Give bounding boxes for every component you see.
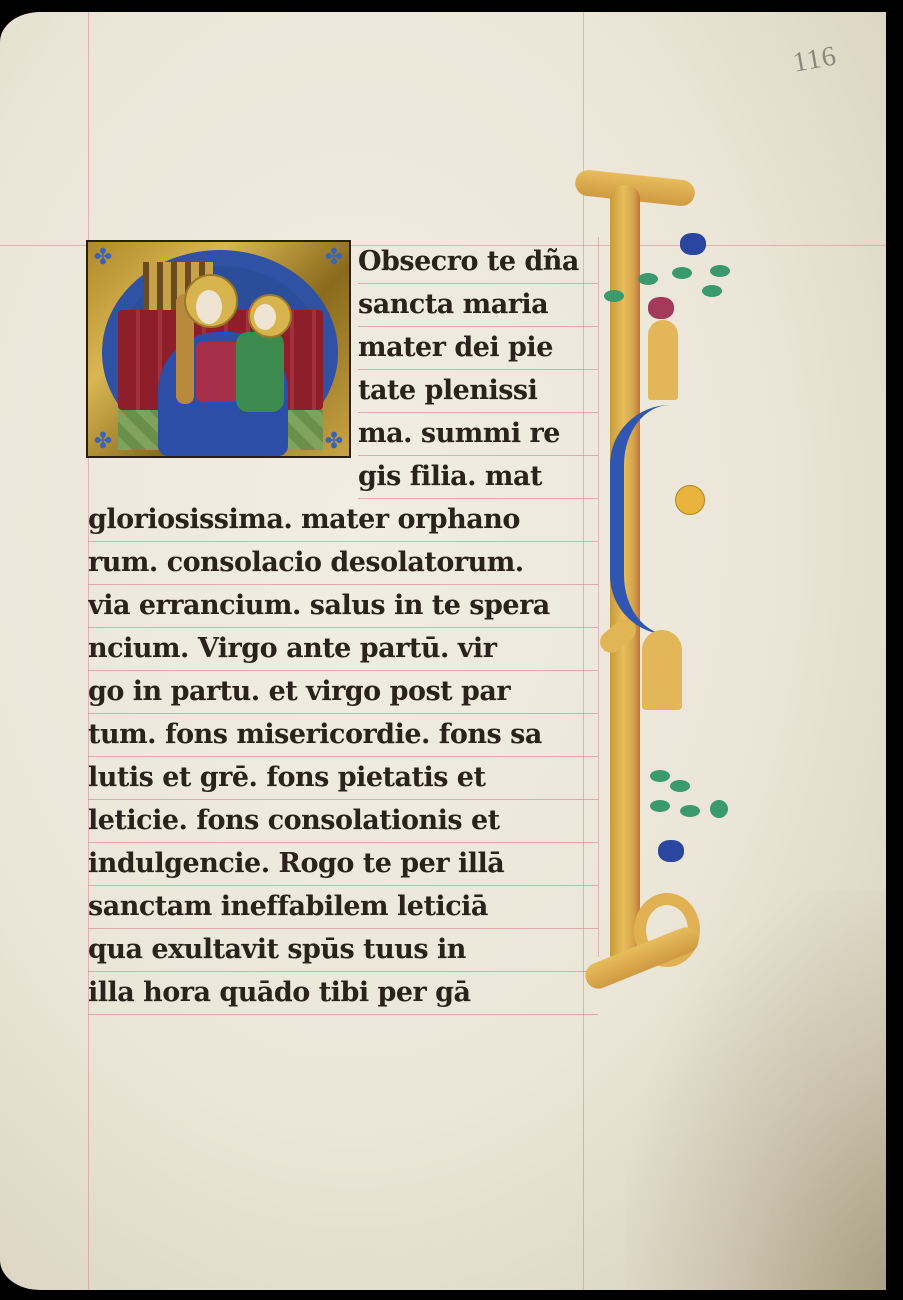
- text-line: ncium. Virgo ante partū. vir: [88, 627, 598, 671]
- text-line: ma. summi re: [358, 412, 598, 456]
- leaf-icon: [710, 265, 730, 277]
- historiated-initial: ✤ ✤ ✤ ✤: [86, 240, 351, 458]
- leaf-icon: [672, 267, 692, 279]
- text-line: via errancium. salus in te spera: [88, 584, 598, 628]
- blue-flower-icon: [680, 233, 706, 255]
- text-line: Obsecro te dña: [358, 240, 598, 284]
- leaf-icon: [638, 273, 658, 285]
- blue-flower-icon: [658, 840, 684, 862]
- red-flower-icon: [648, 297, 674, 319]
- leaf-icon: [710, 800, 728, 818]
- leaf-icon: [650, 800, 670, 812]
- leaf-icon: [604, 290, 624, 302]
- text-line: gis filia. mat: [358, 455, 598, 499]
- fleuron-icon: ✤: [92, 246, 114, 268]
- child-face: [254, 304, 276, 330]
- text-line: tate plenissi: [358, 369, 598, 413]
- leaf-icon: [680, 805, 700, 817]
- text-line: tum. fons misericordie. fons sa: [88, 713, 598, 757]
- pomegranate-icon: [675, 485, 705, 515]
- text-line: indulgencie. Rogo te per illā: [88, 842, 598, 886]
- text-line: gloriosissima. mater orphano: [88, 498, 598, 542]
- text-line: go in partu. et virgo post par: [88, 670, 598, 714]
- leaf-icon: [650, 770, 670, 782]
- leaf-icon: [702, 285, 722, 297]
- blue-acanthus-icon: [610, 405, 694, 635]
- child-green-robe: [236, 332, 284, 412]
- leaf-icon: [670, 780, 690, 792]
- text-line: mater dei pie: [358, 326, 598, 370]
- fleuron-icon: ✤: [323, 430, 345, 452]
- text-line: lutis et grē. fons pietatis et: [88, 756, 598, 800]
- virgin-face: [196, 290, 222, 324]
- fleuron-icon: ✤: [323, 246, 345, 268]
- gold-acanthus-icon: [642, 630, 682, 710]
- gold-acanthus-icon: [648, 320, 678, 400]
- text-line: rum. consolacio desolatorum.: [88, 541, 598, 585]
- text-line: leticie. fons consolationis et: [88, 799, 598, 843]
- text-line: illa hora quādo tibi per gā: [88, 971, 598, 1015]
- text-line: sanctam ineffabilem leticiā: [88, 885, 598, 929]
- marginal-border: [570, 175, 740, 1015]
- fleuron-icon: ✤: [92, 430, 114, 452]
- text-line: qua exultavit spūs tuus in: [88, 928, 598, 972]
- folio-number: 116: [791, 40, 840, 79]
- text-line: sancta maria: [358, 283, 598, 327]
